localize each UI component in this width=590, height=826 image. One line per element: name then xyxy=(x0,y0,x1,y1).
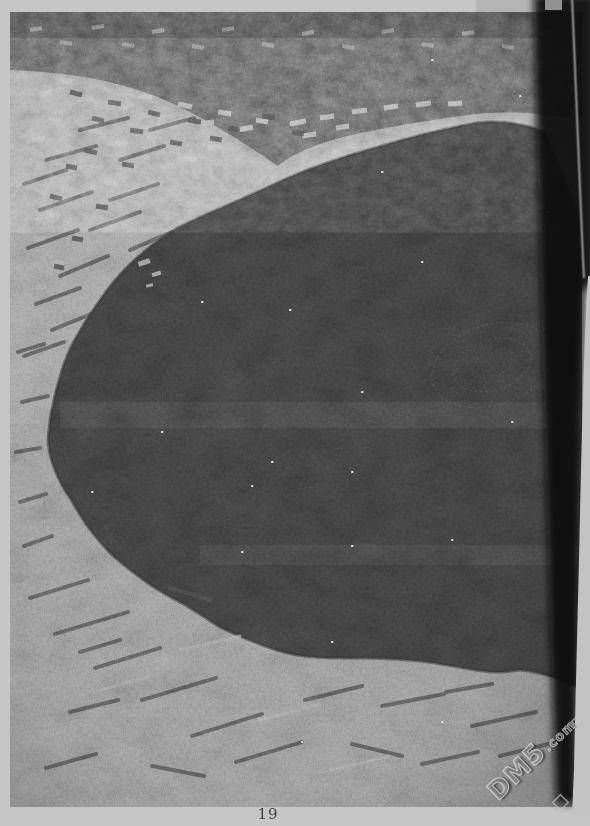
aerial-photograph xyxy=(0,0,590,826)
scanned-book-page: DM5.com 19 xyxy=(0,0,590,826)
margin-shade-topright xyxy=(476,0,538,12)
gutter-notch xyxy=(545,0,562,10)
photo-content xyxy=(10,12,590,807)
vignette xyxy=(10,12,582,807)
page-number: 19 xyxy=(246,805,290,823)
